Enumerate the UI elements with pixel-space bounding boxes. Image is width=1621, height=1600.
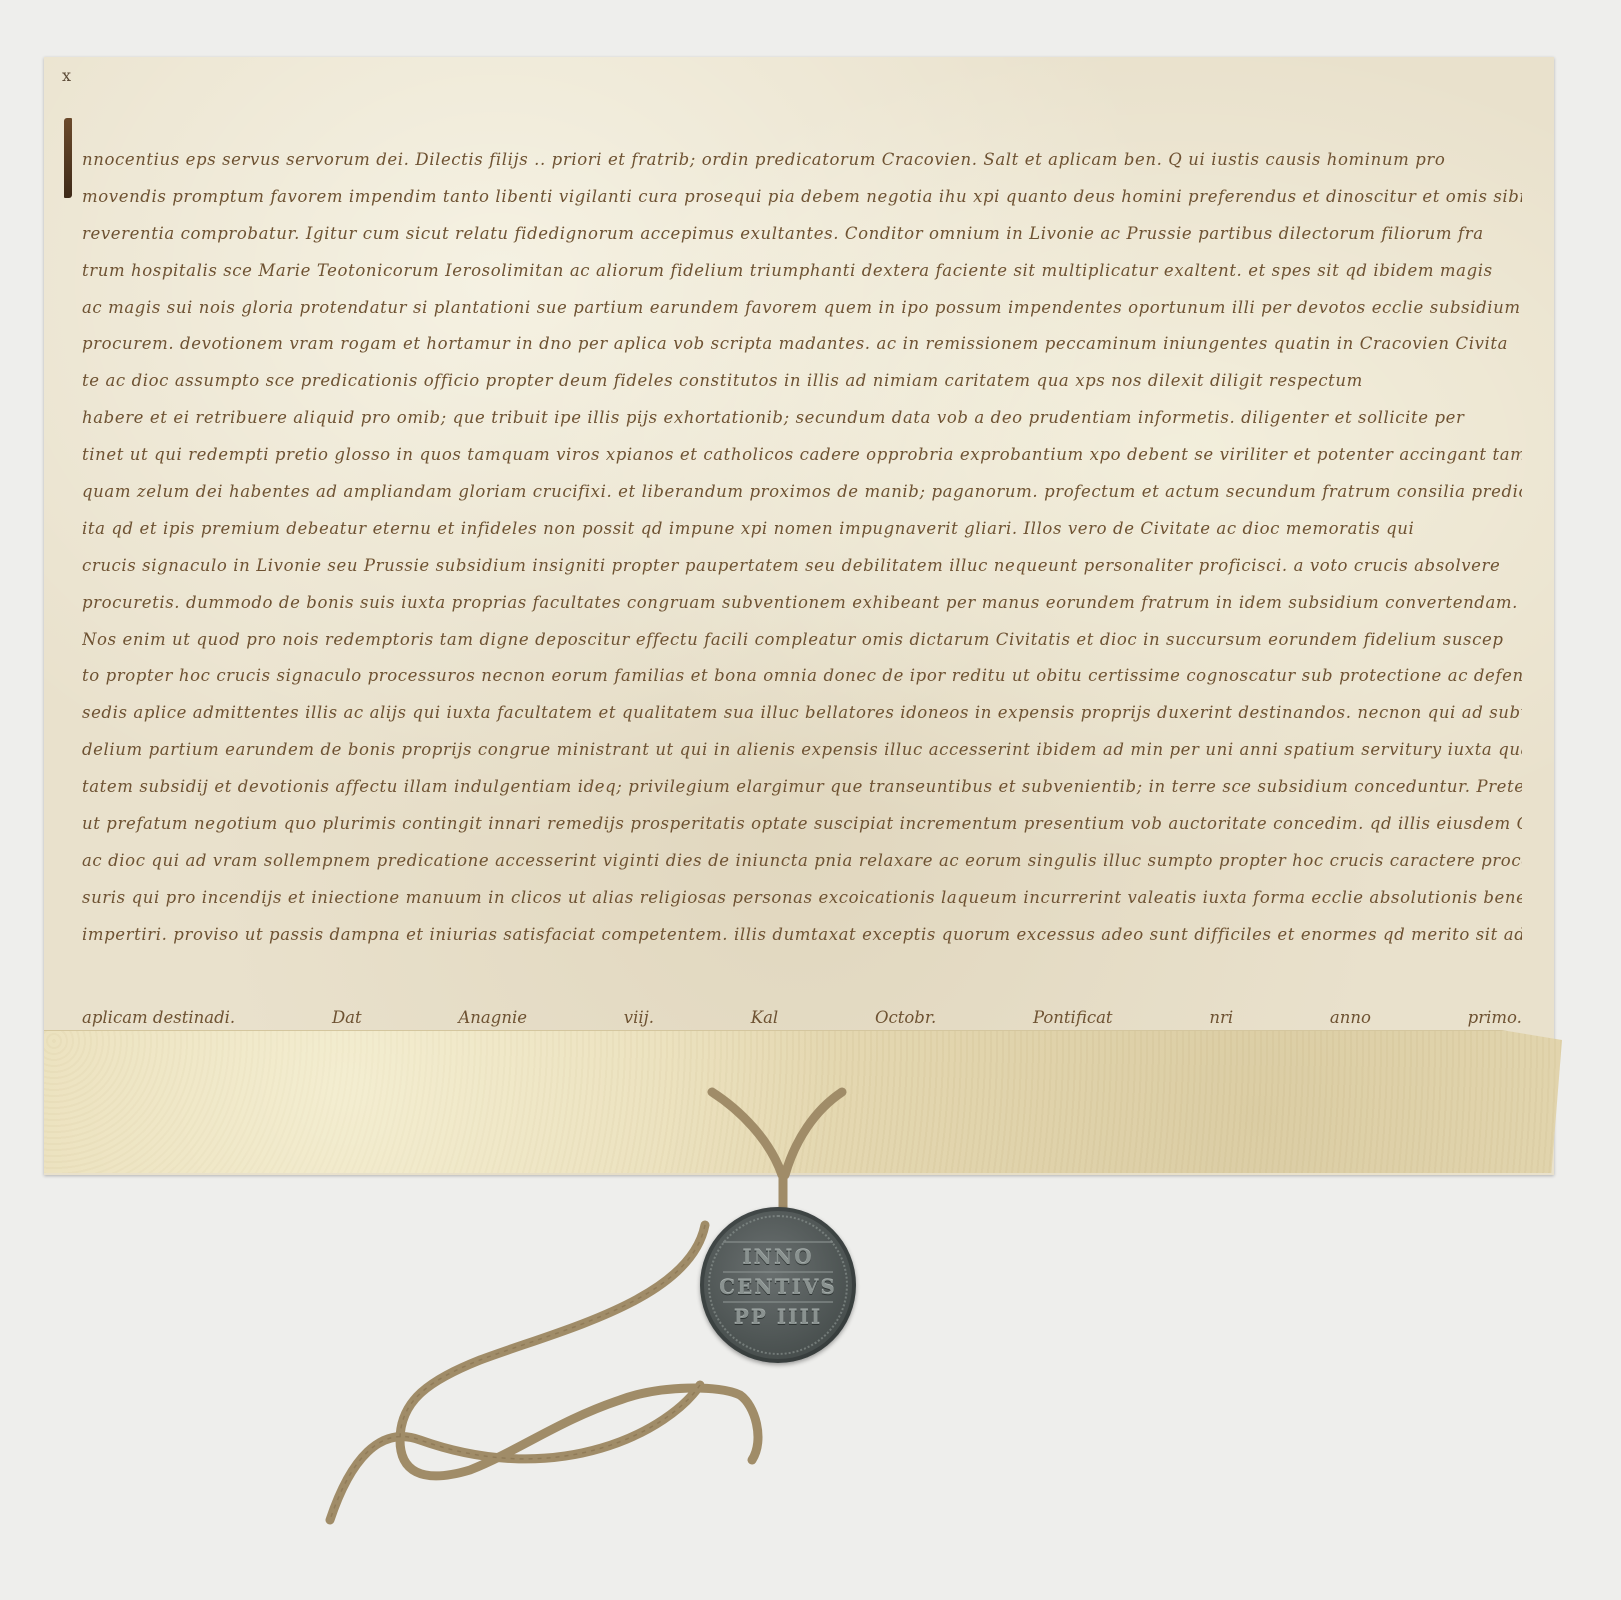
seal-rule: [723, 1271, 833, 1273]
seal-rule: [723, 1301, 833, 1303]
seal-rule: [723, 1241, 833, 1243]
hemp-cord-icon: [0, 0, 1621, 1600]
lead-seal: INNO CENTIVS PP IIII: [700, 1207, 856, 1363]
seal-beaded-border: [708, 1215, 848, 1355]
